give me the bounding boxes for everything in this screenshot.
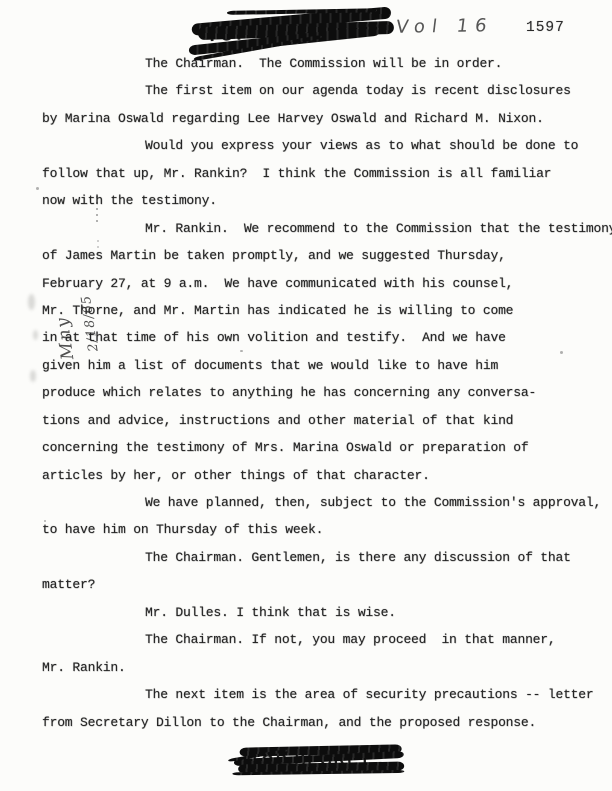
transcript-line: by Marina Oswald regarding Lee Harvey Os… bbox=[42, 105, 608, 132]
volume-handwritten-note: Vol 16 bbox=[395, 15, 495, 38]
transcript-body: The Chairman. The Commission will be in … bbox=[42, 50, 608, 736]
transcript-line: matter? bbox=[42, 571, 608, 598]
transcript-line: follow that up, Mr. Rankin? I think the … bbox=[42, 160, 608, 187]
transcript-line: concerning the testimony of Mrs. Marina … bbox=[42, 434, 608, 461]
transcript-line: Would you express your views as to what … bbox=[42, 132, 608, 159]
scan-artifact bbox=[28, 294, 35, 310]
transcript-line: produce which relates to anything he has… bbox=[42, 379, 608, 406]
page-number: 1597 bbox=[526, 20, 565, 36]
scan-artifact bbox=[30, 370, 36, 382]
transcript-line: We have planned, then, subject to the Co… bbox=[42, 489, 608, 516]
transcript-line: The first item on our agenda today is re… bbox=[42, 77, 608, 104]
transcript-line: now with the testimony. bbox=[42, 187, 608, 214]
document-page: TOP SECRET Vol 16 1597 Mny 2/18/65 The C… bbox=[0, 0, 612, 791]
transcript-line: tions and advice, instructions and other… bbox=[42, 407, 608, 434]
transcript-line: The next item is the area of security pr… bbox=[42, 681, 608, 708]
transcript-line: Mr. Rankin. We recommend to the Commissi… bbox=[42, 215, 608, 242]
transcript-line: to have him on Thursday of this week. bbox=[42, 516, 608, 543]
transcript-line: The Chairman. If not, you may proceed in… bbox=[42, 626, 608, 653]
transcript-line: from Secretary Dillon to the Chairman, a… bbox=[42, 709, 608, 736]
transcript-line: Mr. Dulles. I think that is wise. bbox=[42, 599, 608, 626]
transcript-line: given him a list of documents that we wo… bbox=[42, 352, 608, 379]
transcript-line: February 27, at 9 a.m. We have communica… bbox=[42, 270, 608, 297]
top-secret-stamp-bottom: TOP SECRET bbox=[233, 741, 408, 782]
scan-artifact bbox=[36, 187, 39, 190]
transcript-line: in at that time of his own volition and … bbox=[42, 324, 608, 351]
transcript-line: Mr. Thorne, and Mr. Martin has indicated… bbox=[42, 297, 608, 324]
transcript-line: The Chairman. The Commission will be in … bbox=[42, 50, 608, 77]
transcript-line: articles by her, or other things of that… bbox=[42, 462, 608, 489]
transcript-line: The Chairman. Gentlemen, is there any di… bbox=[42, 544, 608, 571]
transcript-line: Mr. Rankin. bbox=[42, 654, 608, 681]
scan-artifact bbox=[33, 330, 38, 340]
transcript-line: of James Martin be taken promptly, and w… bbox=[42, 242, 608, 269]
